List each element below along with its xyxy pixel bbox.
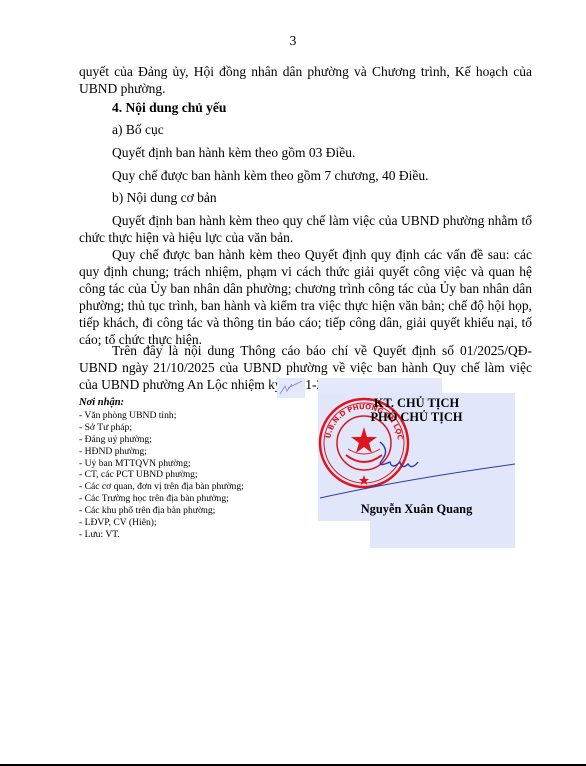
- recipient-item: - Các cơ quan, đơn vị trên địa bàn phườn…: [79, 481, 244, 493]
- subheading-layout: a) Bố cục: [112, 122, 164, 138]
- signature-block: KT. CHỦ TỊCH PHÓ CHỦ TỊCH: [318, 396, 515, 424]
- signature-title-line1: KT. CHỦ TỊCH: [318, 396, 515, 410]
- subheading-basic-content: b) Nội dung cơ bản: [112, 190, 217, 206]
- section-heading: 4. Nội dung chủ yếu: [112, 100, 226, 116]
- paragraph-conclusion: Trên đây là nội dung Thông cáo báo chí v…: [79, 342, 532, 393]
- paragraph-purpose: Quyết định ban hành kèm theo quy chế làm…: [79, 212, 532, 246]
- recipient-item: - CT, các PCT UBND phường;: [79, 469, 244, 481]
- signer-name: Nguyễn Xuân Quang: [318, 502, 515, 517]
- recipient-item: - Văn phòng UBND tỉnh;: [79, 410, 244, 422]
- regulation-chapters-line: Quy chế được ban hành kèm theo gồm 7 chư…: [112, 168, 428, 184]
- paragraph-continuation: quyết của Đảng ủy, Hội đồng nhân dân phư…: [79, 63, 532, 97]
- recipient-item: - Các khu phố trên địa bàn phường;: [79, 505, 244, 517]
- recipients-list: Nơi nhận: - Văn phòng UBND tỉnh; - Sở Tư…: [79, 397, 244, 541]
- recipient-item: - Uỷ ban MTTQVN phường;: [79, 458, 244, 470]
- recipient-item: - Đảng uỷ phường;: [79, 434, 244, 446]
- recipient-item: - Sở Tư pháp;: [79, 422, 244, 434]
- recipient-item: - Lưu: VT.: [79, 529, 244, 541]
- signature-title-line2: PHÓ CHỦ TỊCH: [318, 410, 515, 424]
- page-number: 3: [0, 33, 586, 49]
- recipient-item: - HĐND phường;: [79, 446, 244, 458]
- recipient-item: - LĐVP, CV (Hiên);: [79, 517, 244, 529]
- handwritten-signature-icon: [320, 440, 520, 500]
- paragraph-regulation-scope: Quy chế được ban hành kèm theo Quyết địn…: [79, 246, 532, 348]
- recipient-item: - Các Trường học trên địa bàn phường;: [79, 493, 244, 505]
- initial-mark-icon: [278, 378, 304, 396]
- recipients-title: Nơi nhận:: [79, 397, 244, 409]
- decision-articles-line: Quyết định ban hành kèm theo gồm 03 Điều…: [112, 145, 355, 161]
